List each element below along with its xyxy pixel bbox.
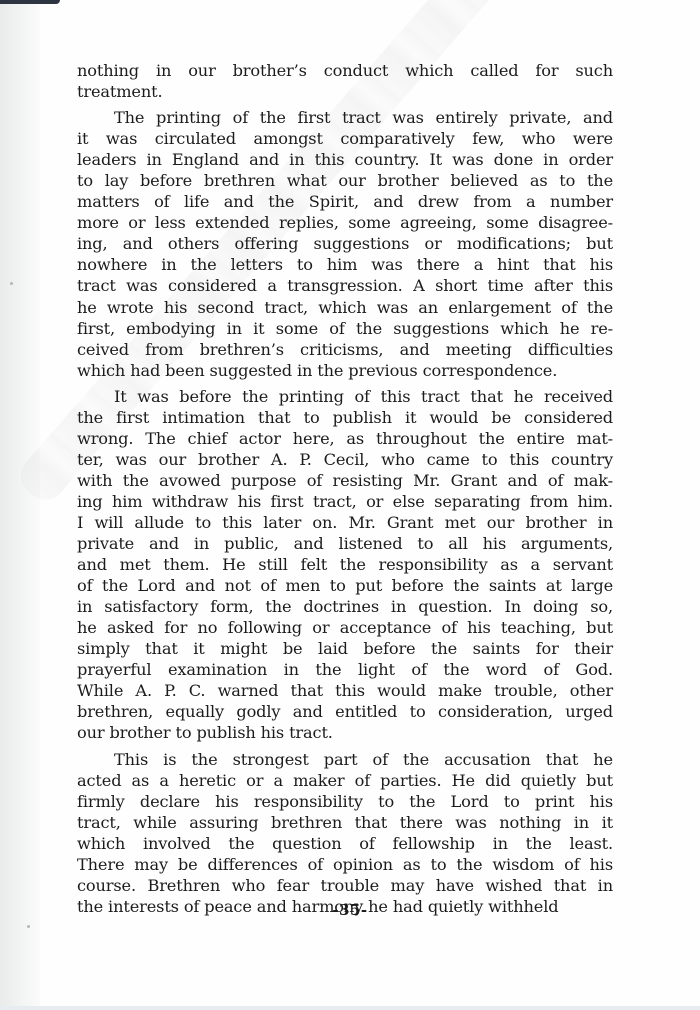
text-line: private and in public, and listened to a… [77, 533, 613, 554]
scan-edge-top [0, 0, 60, 4]
paragraph: This is the strongest part of the accusa… [77, 749, 613, 917]
text-line: acted as a heretic or a maker of parties… [77, 770, 613, 791]
book-page: nothing in our brother’s conduct which c… [0, 0, 700, 1010]
text-line: prayerful examination in the light of th… [77, 659, 613, 680]
text-line: ceived from brethren’s criticisms, and m… [77, 339, 613, 360]
text-line: which involved the question of fellowshi… [77, 833, 613, 854]
text-line: The printing of the first tract was enti… [77, 107, 613, 128]
text-line: to lay before brethren what our brother … [77, 170, 613, 191]
text-line: leaders in England and in this country. … [77, 149, 613, 170]
text-line: simply that it might be laid before the … [77, 638, 613, 659]
paragraph: nothing in our brother’s conduct which c… [77, 60, 613, 102]
scan-edge-bottom [0, 1006, 700, 1010]
text-line: it was circulated amongst comparatively … [77, 128, 613, 149]
paragraph: The printing of the first tract was enti… [77, 107, 613, 381]
scan-speck [10, 282, 13, 285]
text-line: firmly declare his responsibility to the… [77, 791, 613, 812]
text-line: and met them. He still felt the responsi… [77, 554, 613, 575]
text-line: I will allude to this later on. Mr. Gran… [77, 512, 613, 533]
text-line: It was before the printing of this tract… [77, 386, 613, 407]
text-line: matters of life and the Spirit, and drew… [77, 191, 613, 212]
page-number: -35- [0, 901, 700, 919]
text-line: first, embodying in it some of the sugge… [77, 318, 613, 339]
text-line: ing, and others offering suggestions or … [77, 233, 613, 254]
text-line: course. Brethren who fear trouble may ha… [77, 875, 613, 896]
paragraph: It was before the printing of this tract… [77, 386, 613, 744]
text-line: the first intimation that to publish it … [77, 407, 613, 428]
text-line: nowhere in the letters to him was there … [77, 254, 613, 275]
text-line: he wrote his second tract, which was an … [77, 297, 613, 318]
text-line: wrong. The chief actor here, as througho… [77, 428, 613, 449]
text-line: of the Lord and not of men to put before… [77, 575, 613, 596]
text-line: our brother to publish his tract. [77, 722, 613, 743]
text-line: with the avowed purpose of resisting Mr.… [77, 470, 613, 491]
text-line: While A. P. C. warned that this would ma… [77, 680, 613, 701]
page-gutter-shadow [0, 0, 40, 1010]
text-line: more or less extended replies, some agre… [77, 212, 613, 233]
text-line: ter, was our brother A. P. Cecil, who ca… [77, 449, 613, 470]
text-line: This is the strongest part of the accusa… [77, 749, 613, 770]
scan-speck [27, 925, 30, 928]
body-text: nothing in our brother’s conduct which c… [77, 60, 613, 922]
text-line: nothing in our brother’s conduct which c… [77, 60, 613, 81]
text-line: he asked for no following or acceptance … [77, 617, 613, 638]
text-line: treatment. [77, 81, 613, 102]
text-line: tract was considered a transgression. A … [77, 275, 613, 296]
text-line: in satisfactory form, the doctrines in q… [77, 596, 613, 617]
text-line: There may be differences of opinion as t… [77, 854, 613, 875]
text-line: brethren, equally godly and entitled to … [77, 701, 613, 722]
text-line: ing him withdraw his first tract, or els… [77, 491, 613, 512]
text-line: which had been suggested in the previous… [77, 360, 613, 381]
text-line: tract, while assuring brethren that ther… [77, 812, 613, 833]
